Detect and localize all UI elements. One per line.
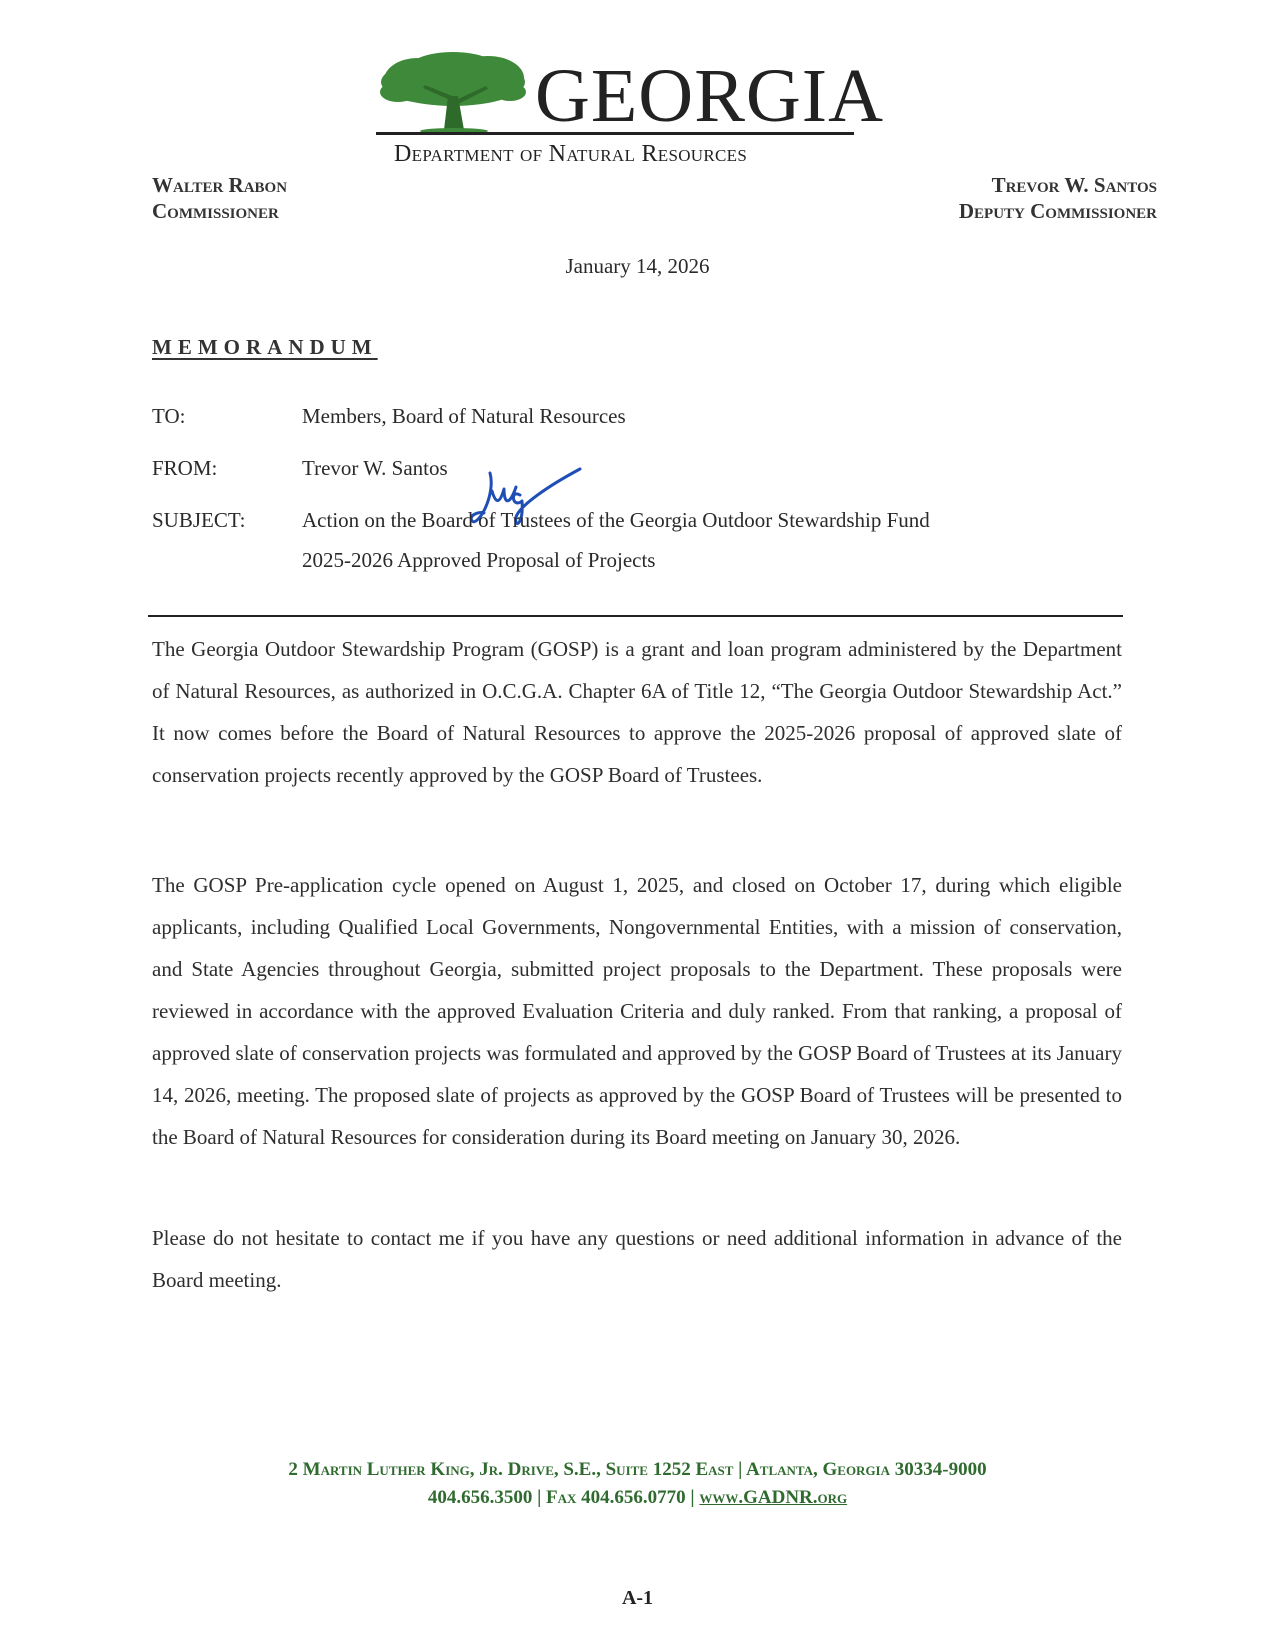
logo-divider [376, 132, 854, 135]
body-paragraph-3: Please do not hesitate to contact me if … [152, 1217, 1122, 1301]
deputy-commissioner-block: Trevor W. Santos Deputy Commissioner [959, 172, 1157, 224]
commissioner-block: Walter Rabon Commissioner [152, 172, 287, 224]
footer-separator: | [537, 1487, 541, 1508]
body-paragraph-1: The Georgia Outdoor Stewardship Program … [152, 628, 1122, 796]
footer-contact: 404.656.3500 | Fax 404.656.0770 | www.GA… [0, 1484, 1275, 1512]
footer-address: 2 Martin Luther King, Jr. Drive, S.E., S… [0, 1456, 1275, 1484]
memo-heading: MEMORANDUM [152, 335, 378, 360]
footer-fax: Fax 404.656.0770 [546, 1487, 686, 1508]
commissioner-title: Commissioner [152, 198, 287, 224]
body-paragraph-2: The GOSP Pre-application cycle opened on… [152, 864, 1122, 1158]
footer-separator-2: | [690, 1487, 694, 1508]
deputy-commissioner-title: Deputy Commissioner [959, 198, 1157, 224]
georgia-wordmark: GEORGIA [535, 58, 884, 134]
subject-line-1: Action on the Board of Trustees of the G… [302, 508, 930, 533]
to-value: Members, Board of Natural Resources [302, 404, 626, 429]
subject-label: SUBJECT: [152, 508, 245, 533]
page-number: A-1 [0, 1587, 1275, 1610]
header-divider [148, 615, 1123, 617]
from-label: FROM: [152, 456, 217, 481]
to-label: TO: [152, 404, 185, 429]
subject-line-2: 2025-2026 Approved Proposal of Projects [302, 548, 655, 573]
department-name: Department of Natural Resources [394, 140, 747, 169]
memo-date: January 14, 2026 [0, 254, 1275, 279]
commissioner-name: Walter Rabon [152, 172, 287, 198]
website-link[interactable]: www.GADNR.org [699, 1487, 847, 1508]
deputy-commissioner-name: Trevor W. Santos [959, 172, 1157, 198]
oak-tree-icon [378, 52, 528, 134]
from-value: Trevor W. Santos [302, 456, 448, 481]
footer-phone: 404.656.3500 [428, 1487, 533, 1508]
